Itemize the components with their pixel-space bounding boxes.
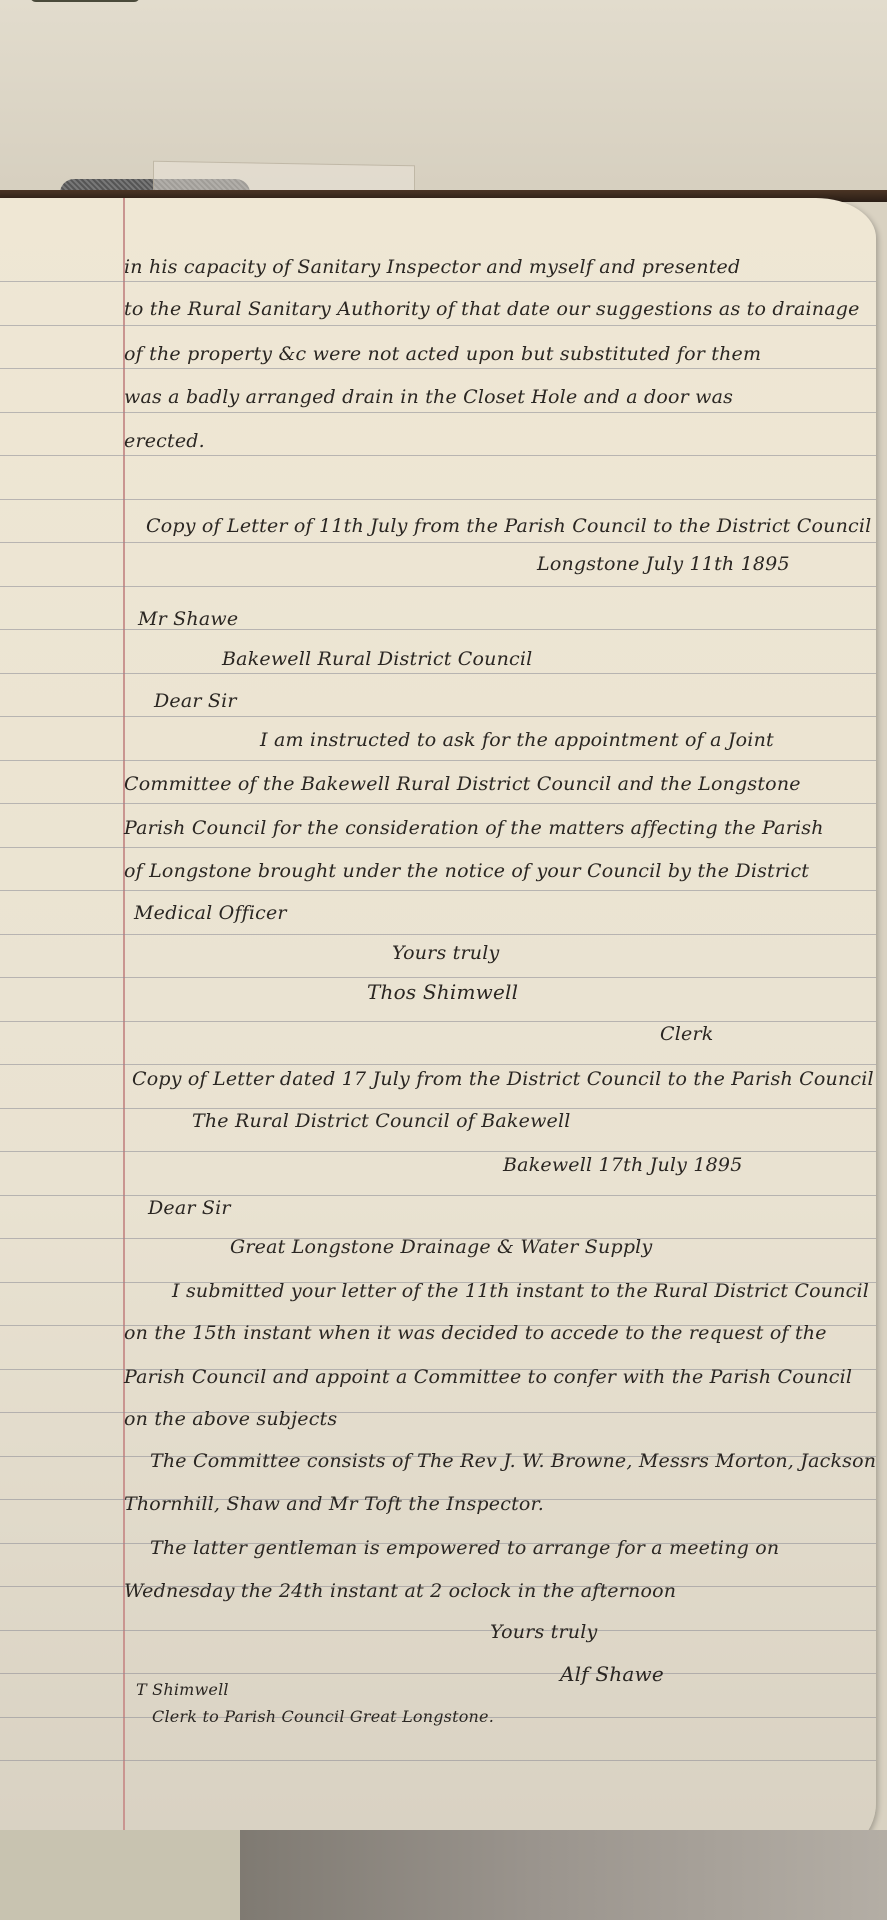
ruled-line [0, 1021, 876, 1022]
letter1-addressee: Mr Shawe [138, 608, 238, 630]
letter2-para-line: on the above subjects [124, 1408, 337, 1430]
letter1-body-line: Medical Officer [134, 902, 287, 924]
ruled-line [0, 760, 876, 761]
letter2-signature: Alf Shawe [560, 1662, 664, 1686]
letter2-heading: Copy of Letter dated 17 July from the Di… [132, 1068, 874, 1090]
ruled-line [0, 977, 876, 978]
continuation-line: in his capacity of Sanitary Inspector an… [124, 256, 740, 278]
letter2-sender-org: The Rural District Council of Bakewell [192, 1110, 571, 1132]
continuation-line: erected. [124, 430, 205, 452]
letter2-para-line: Thornhill, Shaw and Mr Toft the Inspecto… [124, 1493, 544, 1515]
letter1-salutation: Dear Sir [154, 690, 237, 712]
ruled-line [0, 890, 876, 891]
letter1-closing: Yours truly [392, 942, 499, 964]
ruled-line [0, 673, 876, 674]
letter1-body-line: Parish Council for the consideration of … [124, 817, 824, 839]
ruled-line [0, 934, 876, 935]
background-floor [0, 1830, 887, 1920]
ruled-line [0, 1151, 876, 1152]
letter2-recipient-name: T Shimwell [136, 1680, 229, 1699]
letter2-subject: Great Longstone Drainage & Water Supply [230, 1236, 652, 1258]
letter1-heading: Copy of Letter of 11th July from the Par… [146, 515, 871, 537]
letter2-para-line: on the 15th instant when it was decided … [124, 1322, 827, 1344]
ruled-line [0, 455, 876, 456]
ruled-line [0, 542, 876, 543]
ruled-line [0, 629, 876, 630]
ruled-line [0, 325, 876, 326]
letter1-title: Clerk [660, 1023, 713, 1045]
letter1-body-line: Committee of the Bakewell Rural District… [124, 773, 801, 795]
continuation-line: of the property &c were not acted upon b… [124, 343, 761, 365]
ruled-line [0, 1064, 876, 1065]
continuation-line: was a badly arranged drain in the Closet… [124, 386, 733, 408]
letter2-recipient-role: Clerk to Parish Council Great Longstone. [152, 1707, 494, 1726]
ruled-line [0, 281, 876, 282]
ruled-line [0, 716, 876, 717]
letter2-para-line: Parish Council and appoint a Committee t… [124, 1366, 852, 1388]
background-surface [0, 0, 887, 200]
ruled-line [0, 1630, 876, 1631]
letter1-body-line: I am instructed to ask for the appointme… [260, 729, 774, 751]
letter2-place-date: Bakewell 17th July 1895 [503, 1154, 743, 1176]
ruled-line [0, 1195, 876, 1196]
ruled-line [0, 586, 876, 587]
letter2-para-line: The latter gentleman is empowered to arr… [150, 1537, 779, 1559]
letter1-addressee-org: Bakewell Rural District Council [222, 648, 532, 670]
letter2-closing: Yours truly [490, 1621, 597, 1643]
ruled-line [0, 1673, 876, 1674]
ruled-line [0, 1760, 876, 1761]
letter1-body-line: of Longstone brought under the notice of… [124, 860, 809, 882]
ruled-line [0, 368, 876, 369]
letter2-para-line: The Committee consists of The Rev J. W. … [150, 1450, 876, 1472]
ruled-line [0, 803, 876, 804]
letter2-salutation: Dear Sir [148, 1197, 231, 1219]
letter1-place-date: Longstone July 11th 1895 [537, 553, 790, 575]
ruled-line [0, 499, 876, 500]
continuation-line: to the Rural Sanitary Authority of that … [124, 298, 860, 320]
ruled-line [0, 1108, 876, 1109]
letter2-para-line: Wednesday the 24th instant at 2 oclock i… [124, 1580, 676, 1602]
shadow [30, 0, 140, 2]
letter2-para-line: I submitted your letter of the 11th inst… [172, 1280, 869, 1302]
ruled-line [0, 847, 876, 848]
letter1-signature: Thos Shimwell [367, 980, 518, 1004]
ruled-line [0, 412, 876, 413]
